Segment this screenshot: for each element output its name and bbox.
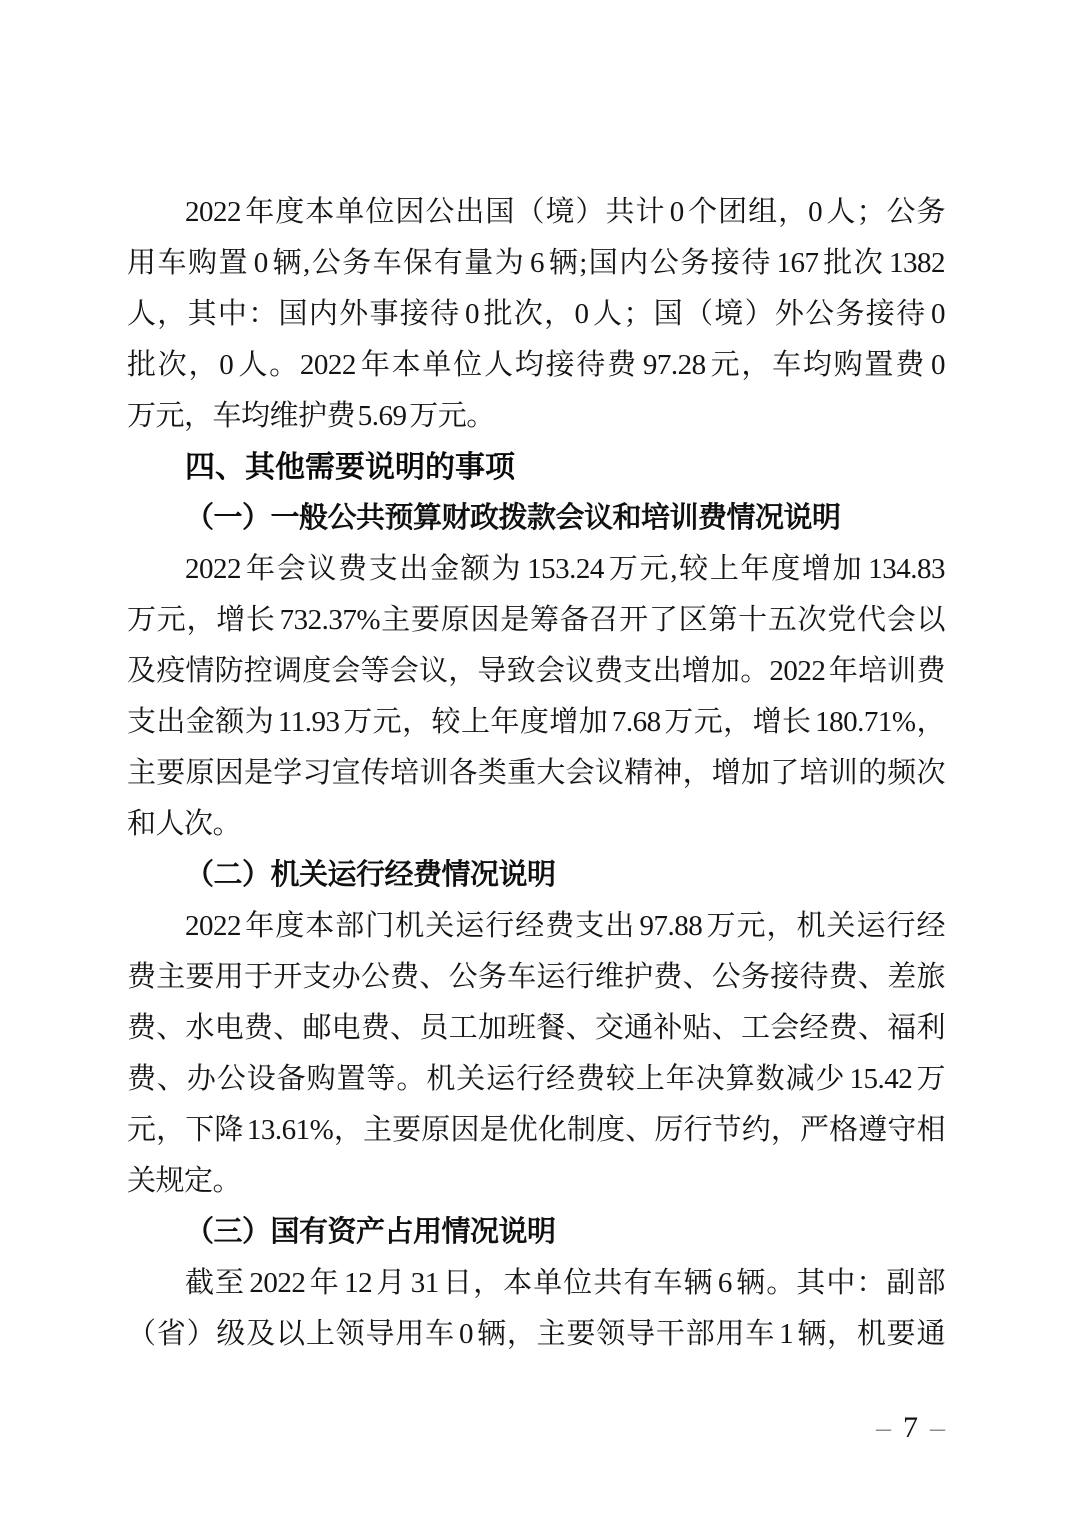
text-line: 费、水电费、邮电费、员工加班餐、交通补贴、工会经费、福利 — [127, 1003, 945, 1054]
text-line: 元，下降 13.61%，主要原因是优化制度、厉行节约，严格遵守相 — [127, 1105, 945, 1156]
body-paragraph: 2022 年度本单位因公出国（境）共计 0 个团组，0 人；公务 用车购置 0 … — [127, 187, 945, 442]
subsection-heading: （三）国有资产占用情况说明 — [127, 1207, 945, 1258]
body-paragraph: 2022 年会议费支出金额为 153.24 万元,较上年度增加 134.83 万… — [127, 544, 945, 850]
text-line: 费主要用于开支办公费、公务车运行维护费、公务接待费、差旅 — [127, 952, 945, 1003]
subsection-heading: （一）一般公共预算财政拨款会议和培训费情况说明 — [127, 493, 945, 544]
text-line: 费、办公设备购置等。机关运行经费较上年决算数减少 15.42 万 — [127, 1054, 945, 1105]
section-heading-text: 四、其他需要说明的事项 — [127, 442, 945, 493]
text-line: 批次，0 人。2022 年本单位人均接待费 97.28 元，车均购置费 0 — [127, 340, 945, 391]
text-line: 人，其中：国内外事接待 0 批次，0 人；国（境）外公务接待 0 — [127, 289, 945, 340]
page-number: 7 — [903, 1411, 918, 1444]
page-number-right-dash: – — [930, 1411, 945, 1444]
text-line: 万元，车均维护费 5.69 万元。 — [127, 391, 945, 442]
text-line: 及疫情防控调度会等会议，导致会议费支出增加。2022 年培训费 — [127, 646, 945, 697]
text-line: 2022 年度本单位因公出国（境）共计 0 个团组，0 人；公务 — [127, 187, 945, 238]
text-line: 和人次。 — [127, 799, 945, 850]
text-line: 用车购置 0 辆,公务车保有量为 6 辆;国内公务接待 167 批次 1382 — [127, 238, 945, 289]
text-line: 支出金额为 11.93 万元，较上年度增加 7.68 万元，增长 180.71%… — [127, 697, 945, 748]
body-paragraph: 截至 2022 年 12 月 31 日，本单位共有车辆 6 辆。其中：副部 （省… — [127, 1258, 945, 1360]
page-number-left-dash: – — [876, 1411, 891, 1444]
text-line: 万元，增长 732.37%主要原因是筹备召开了区第十五次党代会以 — [127, 595, 945, 646]
footer: –7– — [876, 1402, 945, 1453]
section-heading: 四、其他需要说明的事项 — [127, 442, 945, 493]
subsection-heading: （二）机关运行经费情况说明 — [127, 850, 945, 901]
text-line: （省）级及以上领导用车 0 辆，主要领导干部用车 1 辆，机要通 — [127, 1309, 945, 1360]
text-line: 截至 2022 年 12 月 31 日，本单位共有车辆 6 辆。其中：副部 — [127, 1258, 945, 1309]
document-body: 2022 年度本单位因公出国（境）共计 0 个团组，0 人；公务 用车购置 0 … — [127, 187, 945, 1360]
subsection-heading-text: （一）一般公共预算财政拨款会议和培训费情况说明 — [127, 493, 945, 544]
text-line: 主要原因是学习宣传培训各类重大会议精神，增加了培训的频次 — [127, 748, 945, 799]
subsection-heading-text: （三）国有资产占用情况说明 — [127, 1207, 945, 1258]
subsection-heading-text: （二）机关运行经费情况说明 — [127, 850, 945, 901]
text-line: 2022 年度本部门机关运行经费支出 97.88 万元，机关运行经 — [127, 901, 945, 952]
document-page: 2022 年度本单位因公出国（境）共计 0 个团组，0 人；公务 用车购置 0 … — [0, 0, 1074, 1520]
body-paragraph: 2022 年度本部门机关运行经费支出 97.88 万元，机关运行经 费主要用于开… — [127, 901, 945, 1207]
text-line: 2022 年会议费支出金额为 153.24 万元,较上年度增加 134.83 — [127, 544, 945, 595]
text-line: 关规定。 — [127, 1156, 945, 1207]
